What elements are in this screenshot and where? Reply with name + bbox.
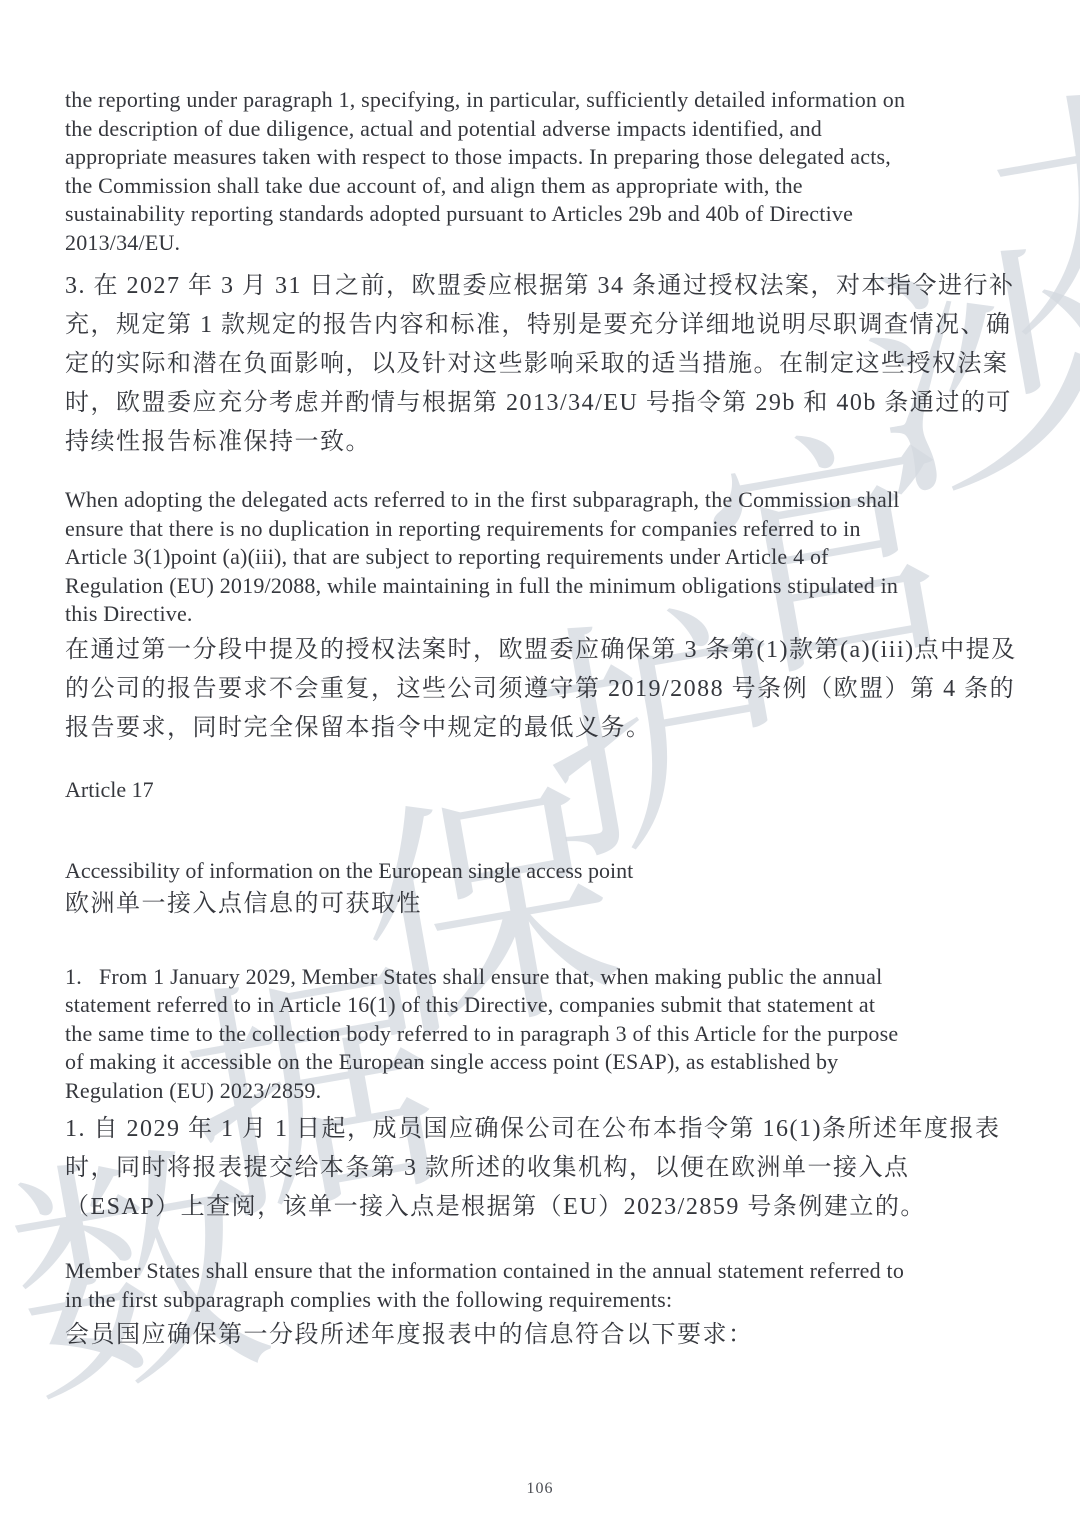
paragraph-zh-delegated-acts: 在通过第一分段中提及的授权法案时，欧盟委应确保第 3 条第(1)款第(a)(ii… (65, 631, 1017, 748)
text-line: the description of due diligence, actual… (65, 115, 1017, 144)
text-line: 定的实际和潜在负面影响，以及针对这些影响采取的适当措施。在制定这些授权法案 (65, 345, 1017, 384)
document-page: 数 据 保 护 官 沙 龙 the reporting under paragr… (0, 0, 1080, 1527)
article-heading: Article 17 (65, 776, 1017, 804)
text-line: ensure that there is no duplication in r… (65, 515, 1017, 544)
section-title-chinese: 欧洲单一接入点信息的可获取性 (65, 885, 1017, 923)
text-line: this Directive. (65, 600, 1017, 629)
text-line: Regulation (EU) 2019/2088, while maintai… (65, 572, 1017, 601)
text-line: the same time to the collection body ref… (65, 1020, 1017, 1049)
text-line: 1. 自 2029 年 1 月 1 日起，成员国应确保公司在公布本指令第 16(… (65, 1110, 1017, 1149)
paragraph-zh-esap: 1. 自 2029 年 1 月 1 日起，成员国应确保公司在公布本指令第 16(… (65, 1110, 1017, 1227)
text-line: of making it accessible on the European … (65, 1048, 1017, 1077)
page-content: the reporting under paragraph 1, specify… (0, 0, 1080, 1355)
text-line: 2013/34/EU. (65, 229, 1017, 258)
text-line: 3. 在 2027 年 3 月 31 日之前，欧盟委应根据第 34 条通过授权法… (65, 267, 1017, 306)
text-line: Article 3(1)point (a)(iii), that are sub… (65, 543, 1017, 572)
text-line: the reporting under paragraph 1, specify… (65, 86, 1017, 115)
text-line: appropriate measures taken with respect … (65, 143, 1017, 172)
paragraph-en-esap: 1. From 1 January 2029, Member States sh… (65, 963, 1017, 1106)
text-line: When adopting the delegated acts referre… (65, 486, 1017, 515)
text-line: 时，同时将报表提交给本条第 3 款所述的收集机构，以便在欧洲单一接入点 (65, 1149, 1017, 1188)
text-line: statement referred to in Article 16(1) o… (65, 991, 1017, 1020)
text-line: 会员国应确保第一分段所述年度报表中的信息符合以下要求： (65, 1316, 1017, 1355)
text-line: （ESAP）上查阅，该单一接入点是根据第（EU）2023/2859 号条例建立的… (65, 1188, 1017, 1227)
section-title-english: Accessibility of information on the Euro… (65, 857, 1017, 885)
text-line: 的公司的报告要求不会重复，这些公司须遵守第 2019/2088 号条例（欧盟）第… (65, 670, 1017, 709)
text-line: 时，欧盟委应充分考虑并酌情与根据第 2013/34/EU 号指令第 29b 和 … (65, 384, 1017, 423)
text-line: 1. From 1 January 2029, Member States sh… (65, 963, 1017, 992)
paragraph-zh-requirements: 会员国应确保第一分段所述年度报表中的信息符合以下要求： (65, 1316, 1017, 1355)
section-title: Accessibility of information on the Euro… (65, 857, 1017, 923)
text-line: 在通过第一分段中提及的授权法案时，欧盟委应确保第 3 条第(1)款第(a)(ii… (65, 631, 1017, 670)
text-line: 报告要求，同时完全保留本指令中规定的最低义务。 (65, 709, 1017, 748)
page-number: 106 (0, 1480, 1080, 1498)
text-line: Member States shall ensure that the info… (65, 1257, 1017, 1286)
text-line: 充，规定第 1 款规定的报告内容和标准，特别是要充分详细地说明尽职调查情况、确 (65, 306, 1017, 345)
text-line: sustainability reporting standards adopt… (65, 200, 1017, 229)
text-line: the Commission shall take due account of… (65, 172, 1017, 201)
text-line: Regulation (EU) 2023/2859. (65, 1077, 1017, 1106)
paragraph-zh-clause-3: 3. 在 2027 年 3 月 31 日之前，欧盟委应根据第 34 条通过授权法… (65, 267, 1017, 462)
paragraph-en-delegated-acts: When adopting the delegated acts referre… (65, 486, 1017, 629)
text-line: 持续性报告标准保持一致。 (65, 423, 1017, 462)
paragraph-en-reporting: the reporting under paragraph 1, specify… (65, 86, 1017, 257)
text-line: in the first subparagraph complies with … (65, 1286, 1017, 1315)
paragraph-en-requirements: Member States shall ensure that the info… (65, 1257, 1017, 1314)
